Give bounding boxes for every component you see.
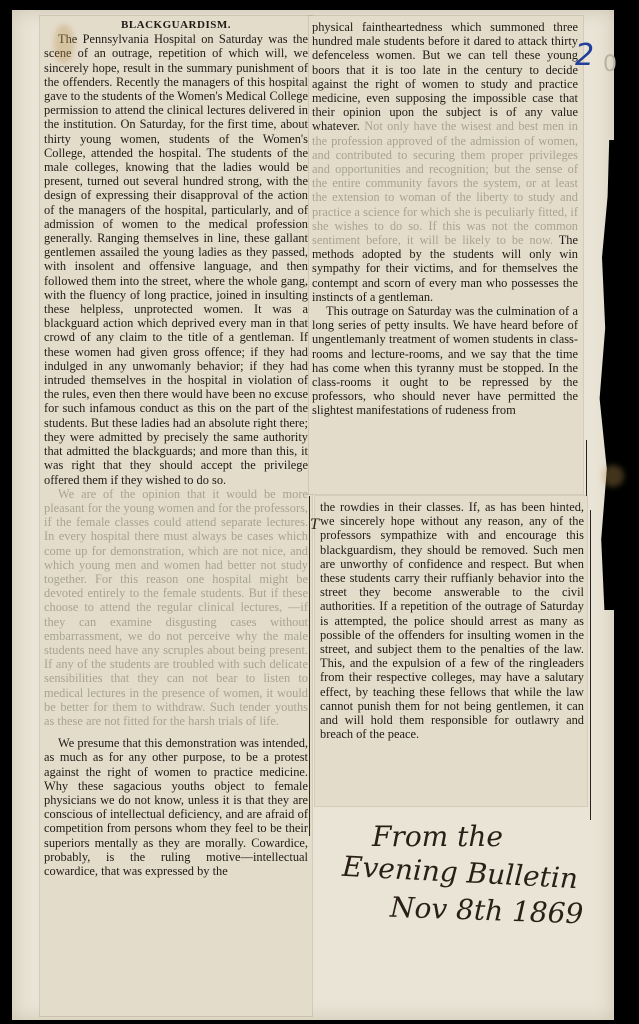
stain bbox=[602, 465, 624, 487]
margin-mark: T bbox=[310, 516, 319, 534]
scrapbook-page: BLACKGUARDISM. The Pennsylvania Hospital… bbox=[12, 10, 614, 1020]
left-paragraph-2-faded: We are of the opinion that it would be m… bbox=[44, 487, 308, 728]
torn-edge bbox=[598, 140, 614, 610]
page-number-blue: 2 bbox=[575, 38, 594, 73]
right-column-lower: the rowdies in their classes. If, as has… bbox=[320, 500, 584, 741]
left-column: BLACKGUARDISM. The Pennsylvania Hospital… bbox=[44, 18, 308, 878]
left-paragraph-3: We presume that this demonstration was i… bbox=[44, 736, 308, 878]
right-paragraph-1-faded: Not only have the wisest and best men in… bbox=[312, 119, 578, 247]
right-column-upper: physical faintheartedness which summoned… bbox=[312, 20, 578, 418]
right-cut-rule bbox=[590, 510, 591, 820]
stain bbox=[54, 24, 74, 64]
right-paragraph-1: physical faintheartedness which summoned… bbox=[312, 20, 578, 304]
left-cut-rule bbox=[309, 496, 310, 836]
handwritten-source-line-1: From the bbox=[372, 820, 503, 854]
handwritten-source-line-2: Evening Bulletin bbox=[341, 850, 578, 896]
column-rule bbox=[586, 440, 587, 500]
handwritten-date: Nov 8th 1869 bbox=[389, 891, 583, 932]
right-paragraph-3: the rowdies in their classes. If, as has… bbox=[320, 500, 584, 741]
headline: BLACKGUARDISM. bbox=[44, 18, 308, 32]
right-paragraph-1-lead: physical faintheartedness which summoned… bbox=[312, 20, 578, 133]
left-paragraph-1: The Pennsylvania Hospital on Saturday wa… bbox=[44, 32, 308, 487]
right-paragraph-2: This outrage on Saturday was the culmina… bbox=[312, 304, 578, 418]
page-number-faint: 0 bbox=[603, 52, 617, 77]
